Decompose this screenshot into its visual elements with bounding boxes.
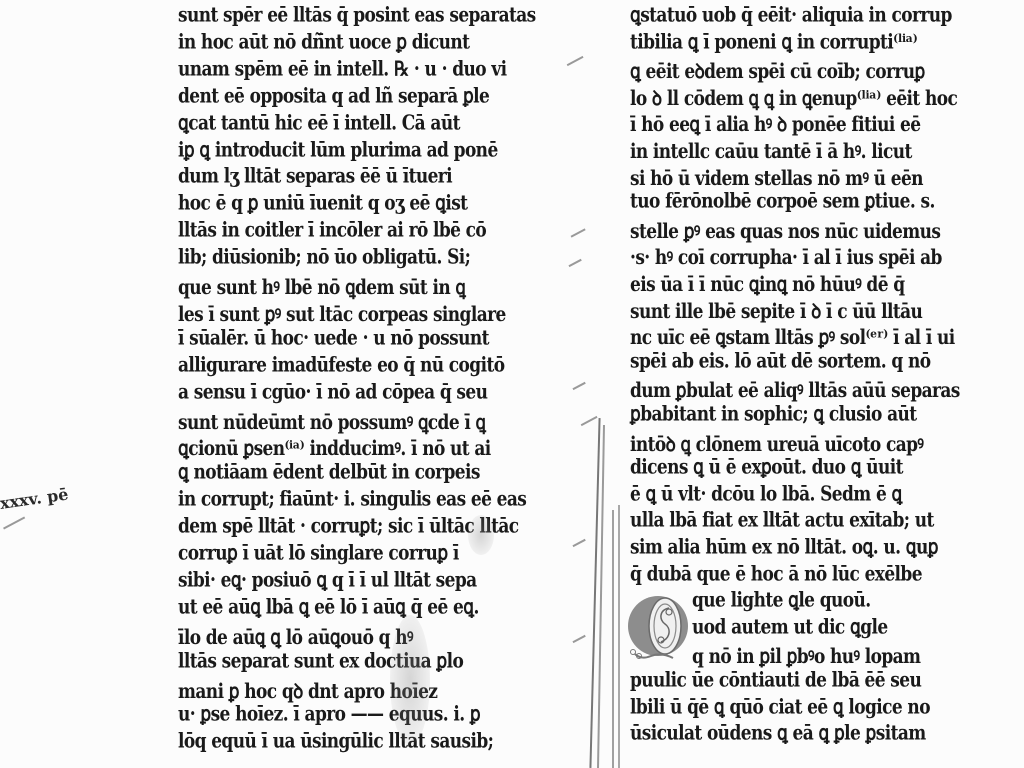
manuscript-line: iꝑ ꝗ introducit lūm plurima ad ponē xyxy=(178,139,498,163)
pen-tick-mark xyxy=(567,56,584,66)
decorated-initial-q-icon xyxy=(625,592,691,662)
manuscript-line: ꝗcionū ꝑsen⁽ⁱᵃ⁾ indducimꝰ. ī nō ut ai xyxy=(178,434,491,461)
manuscript-line: puulic ūe cōntiauti de lbā ēē seu xyxy=(630,669,921,693)
manuscript-line: ꝗ eēit eꝺdem spēi cū coīb; corruꝑ xyxy=(630,57,925,84)
manuscript-line: uod autem ut dic ꝗgle xyxy=(692,616,888,640)
manuscript-line: spēi ab eis. lō aūt dē sortem. q nō xyxy=(630,350,931,374)
manuscript-line: lib; diūsionib; nō ūo obligatū. Si; xyxy=(178,246,470,270)
manuscript-line: sunt nūdeūmt nō possumꝰ ꝗcde ī ꝗ xyxy=(178,408,485,435)
manuscript-line: tibilia ꝗ ī poneni ꝗ in corrupti⁽ˡⁱᵃ⁾ xyxy=(630,31,917,55)
manuscript-line: ūsiculat oūdens ꝗ eā ꝗ ꝑle ꝑsitam xyxy=(630,722,926,746)
manuscript-line: ·s· hꝰ coī corrupha· ī al ī ius spēi ab xyxy=(630,243,942,270)
pen-flourish-stroke xyxy=(618,505,620,768)
manuscript-line: que lighte ꝗle quoū. xyxy=(692,589,871,613)
manuscript-line: lo ꝺ ll cōdem ꝗ ꝗ in ꝗenup⁽ˡⁱᵃ⁾ eēit hoc xyxy=(630,84,957,111)
manuscript-line: dum lʒ lltāt separas ēē ū ītueri xyxy=(178,165,452,189)
manuscript-line: sim alia hūm ex nō lltāt. oꝗ. u. ꝗuꝑ xyxy=(630,536,938,560)
manuscript-line: q nō in ꝑil ꝑbꝰo huꝰ lopam xyxy=(692,642,920,669)
manuscript-line: sunt ille lbē sepite ī ꝺ ī c ūū lltāu xyxy=(630,297,922,324)
manuscript-line: in intellc caūu tantē ī ā hꝰ. licut xyxy=(630,137,912,164)
manuscript-line: lltās in coitler ī incōler ai rō lbē cō xyxy=(178,219,486,243)
manuscript-page: xxxv. pē sunt spēr eē lltās q̄ posint ea… xyxy=(0,0,1024,768)
manuscript-line: si hō ū videm stellas nō mꝰ ū eēn xyxy=(630,164,923,191)
pen-flourish-stroke xyxy=(612,510,614,768)
manuscript-line: nc uīc eē ꝗstam lltās ꝑꝰ sol⁽ᵉʳ⁾ ī al ī … xyxy=(630,323,955,350)
manuscript-line: les ī sunt ꝑꝰ sut ltāc corpeas singlare xyxy=(178,300,506,327)
manuscript-line: eis ūa ī ī nūc ꝗinꝗ nō hūuꝰ dē q̄ xyxy=(630,270,905,297)
pen-tick-mark xyxy=(572,382,585,390)
pen-tick-mark xyxy=(568,259,581,267)
manuscript-line: ī hō eeꝗ ī alia hꝰ ꝺ ponēe fitiui eē xyxy=(630,110,920,137)
marginal-note: xxxv. pē xyxy=(0,485,69,513)
pen-tick-mark xyxy=(572,539,585,547)
manuscript-line: dum ꝑbulat eē aliqꝰ lltās aūū separas xyxy=(630,376,960,403)
manuscript-line: lōq equū ī ua ūsingūlic lltāt sausib; xyxy=(178,730,493,754)
manuscript-line: īlo de aūꝗ ꝗ lō aūꝗouō q hꝰ xyxy=(178,623,413,650)
manuscript-line: hoc ē q ꝑ uniū īuenit q oʒ eē ꝗist xyxy=(178,192,467,216)
manuscript-line: ꝑbabitant in sophic; ꝗ clusio aūt xyxy=(630,403,917,427)
manuscript-line: q̄ dubā que ē hoc ā nō lūc exēlbe xyxy=(630,563,922,587)
smudge-mark xyxy=(468,515,494,555)
manuscript-line: corruꝑ ī uāt lō singlare corruꝑ ī xyxy=(178,542,459,566)
manuscript-line: u· ꝑse hoīez. ī apro —— equus. i. ꝑ xyxy=(178,703,480,727)
manuscript-line: ꝗstatuō uob q̄ eēit· aliquia in corrup xyxy=(630,4,952,28)
manuscript-line: lbili ū q̄ē ꝗ qūō ciat eē ꝗ logice no xyxy=(630,696,930,720)
manuscript-line: alligurare imadūfeste eo q̄ nū cogitō xyxy=(178,354,504,378)
manuscript-line: que sunt hꝰ lbē nō ꝗdem sūt in ꝗ xyxy=(178,273,465,300)
manuscript-line: ut eē aūꝗ lbā ꝗ eē lō ī aūꝗ q̄ eē eꝗ. xyxy=(178,596,479,620)
manuscript-line: dicens ꝗ ū ē exꝑoūt. duo ꝗ ūuit xyxy=(630,456,903,480)
manuscript-line: dent eē opposita q ad lñ separā ꝑle xyxy=(178,85,489,109)
manuscript-line: a sensu ī cgūo· ī nō ad cōpea q̄ seu xyxy=(178,381,487,405)
manuscript-line: in hoc aūt nō dñ̄nt uoce ꝑ dicunt xyxy=(178,31,469,55)
manuscript-line: ꝗcat tantū hic eē ī intell. Cā aūt xyxy=(178,112,460,136)
pen-tick-mark xyxy=(572,635,585,643)
manuscript-line: in corrupt; fiaūnt· i. singulis eas eē e… xyxy=(178,488,526,512)
manuscript-line: sibi· eꝗ· posiuō ꝗ q ī ī ul lltāt sepa xyxy=(178,569,477,593)
pen-tick-mark xyxy=(3,516,25,529)
manuscript-line: tuo fērōnolbē corpoē sem ꝑtiue. s. xyxy=(630,190,935,214)
manuscript-line: unam spēm eē in intell. ℞ · u · duo vi xyxy=(178,58,507,82)
pen-tick-mark xyxy=(581,416,598,426)
manuscript-line: ē ꝗ ū vlt· dcōu lo lbā. Sedm ē ꝗ xyxy=(630,483,902,507)
manuscript-line: intōꝺ ꝗ clōnem ureuā uīcoto capꝰ xyxy=(630,430,923,457)
manuscript-line: sunt spēr eē lltās q̄ posint eas separat… xyxy=(178,4,536,28)
smudge-mark xyxy=(390,615,430,745)
manuscript-line: stelle ꝑꝰ eas quas nos nūc uidemus xyxy=(630,217,940,244)
manuscript-line: ꝗ notiāam ēdent delbūt in corpeis xyxy=(178,461,480,485)
manuscript-line: ī sūalēr. ū hoc· uede · u nō possunt xyxy=(178,327,489,351)
pen-tick-mark xyxy=(571,228,586,237)
manuscript-line: ulla lbā fiat ex lltāt actu exītab; ut xyxy=(630,509,934,533)
